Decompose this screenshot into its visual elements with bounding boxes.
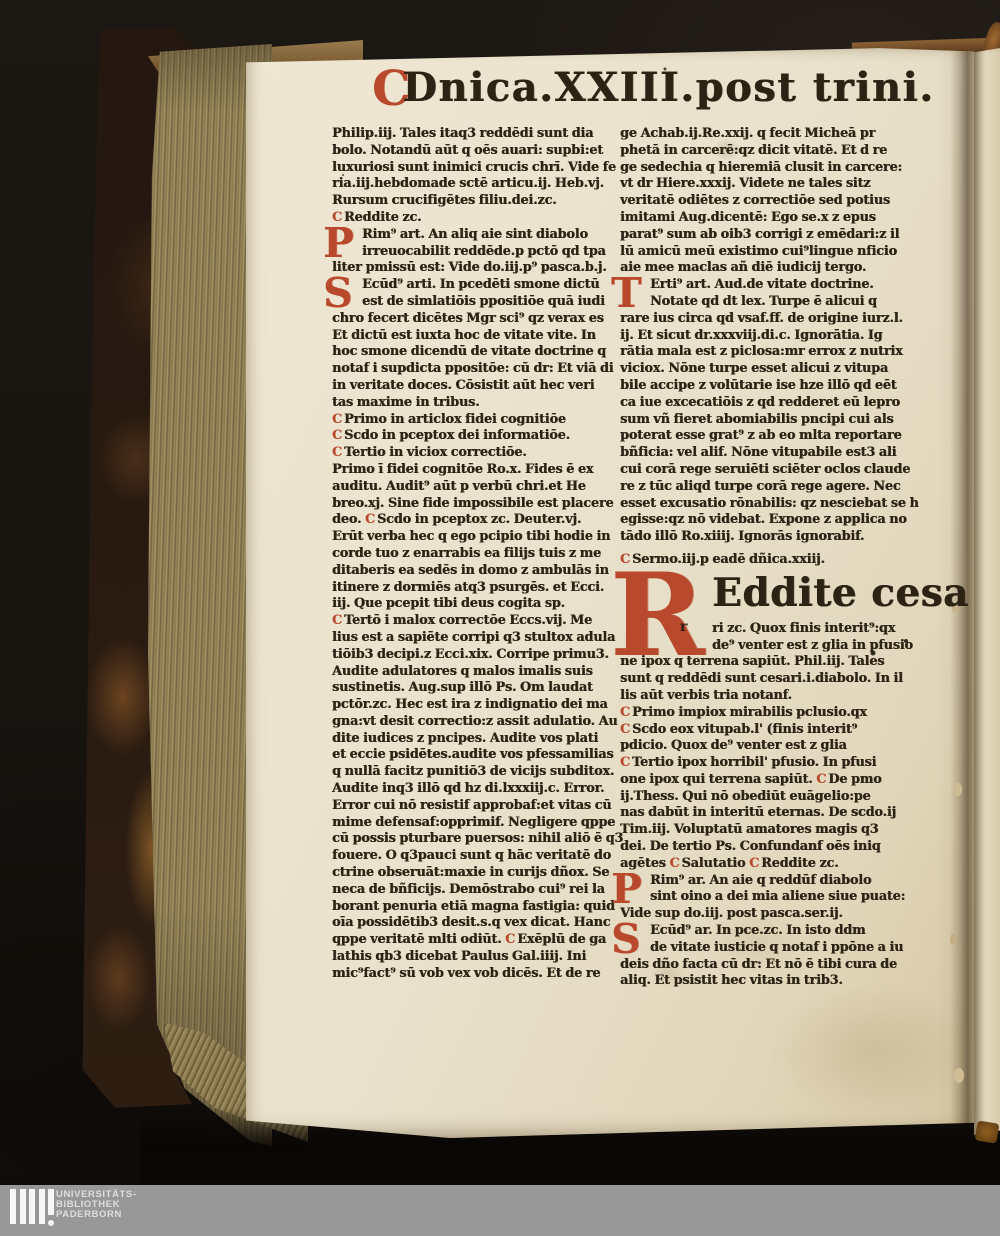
text-line: Ecūd⁹ arti. In pcedēti smone dictū <box>332 277 620 294</box>
lombardic-initial: S <box>323 274 353 312</box>
text-line: sustinetis. Aug.sup illō Ps. Om laudat <box>332 680 620 697</box>
logo-dot <box>48 1220 54 1226</box>
text-line: nas dabūt in interitū eternas. De scdo.i… <box>620 805 912 822</box>
text-line: iij. Que pcepit tibi deus cogita sp. <box>332 596 620 613</box>
text-line: agētes CSalutatio CReddite zc. <box>620 856 912 873</box>
page-title: Dnica.XXIII.post trini. <box>402 64 934 111</box>
text-line: in veritate doces. Cōsistit aūt hec veri <box>332 378 620 395</box>
text-line: imitami Aug.dicentē: Ego se.x z epus <box>620 210 912 227</box>
paraph-mark: C <box>505 932 515 947</box>
text-line: sint oino a dei mia aliene siue puate: <box>620 889 912 906</box>
paraph-mark: C <box>332 428 342 443</box>
text-line: egisse:qz nō videbat. Expone z applica n… <box>620 512 912 529</box>
paraph-mark: C <box>332 445 342 460</box>
text-line: pdicio. Quox de⁹ venter est z glia <box>620 738 912 755</box>
text-line: esset excusatio rōnabilis: qz nesciebat … <box>620 496 912 513</box>
text-line: ditaberis ea sedēs in domo z ambulās in <box>332 563 620 580</box>
text-line: breo.xj. Sine fide impossibile est place… <box>332 496 620 513</box>
text-line: ij. Et sicut dr.xxxviij.di.c. Ignorātia.… <box>620 328 912 345</box>
text-line: gna:vt desit correctio:z assit adulatio.… <box>332 714 620 731</box>
text-line: auditu. Audit⁹ aūt p verbū chri.et He <box>332 479 620 496</box>
text-line: oīa possidētib3 desit.s.q vex dicat. Han… <box>332 915 620 932</box>
facing-page-edge <box>974 48 1000 1136</box>
text-line: pctōr.zc. Hec est ira z indignatio dei m… <box>332 697 620 714</box>
text-line: Vide sup do.iij. post pasca.ser.ij. <box>620 906 912 923</box>
paraph-mark: C <box>620 722 630 737</box>
text-line: et eccie psidētes.audite vos pfessamilia… <box>332 747 620 764</box>
text-line: mime defensaf:opprimif. Negligere qppe <box>332 815 620 832</box>
text-line: Rursum crucifigētes filiu.dei.zc. <box>332 193 620 210</box>
text-line: Tim.iij. Voluptatū amatores magis q3 <box>620 822 912 839</box>
text-line: q nullā facitz punitiō3 de vicijs subdit… <box>332 764 620 781</box>
paraph-mark: C <box>332 412 342 427</box>
watermark-band: UNIVERSITÄTS- BIBLIOTHEK PADERBORN <box>0 1185 1000 1236</box>
text-line: ca iue excecatiōis z qd redderet eū lepr… <box>620 395 912 412</box>
library-name-line: PADERBORN <box>56 1210 137 1220</box>
lombardic-initial: P <box>611 870 642 908</box>
text-block: SEcūd⁹ arti. In pcedēti smone dictūest d… <box>332 277 620 982</box>
text-line: fouere. O q3pauci sunt q hāc veritatē do <box>332 848 620 865</box>
logo-bar <box>48 1189 54 1215</box>
text-line: bile accipe z volūtarie ise hze illō qd … <box>620 378 912 395</box>
paraph-mark: C <box>749 856 759 871</box>
text-line: parat⁹ sum ab oib3 corrigi z emēdari:z i… <box>620 227 912 244</box>
text-line: ge Achab.ij.Re.xxij. q fecit Micheā pr <box>620 126 912 143</box>
text-line: Ecūd⁹ ar. In pce.zc. In isto ddm <box>620 923 912 940</box>
text-line: Philip.iij. Tales itaq3 reddēdi sunt dia <box>332 126 620 143</box>
text-line: Notate qd dt lex. Turpe ē alicui q <box>620 294 912 311</box>
text-line: CScdo eox vitupab.l' (finis interit⁹ <box>620 722 912 739</box>
text-line: lū amicū meū existimo cui⁹lingue nficio <box>620 244 912 261</box>
clasp-bottom-right <box>975 1120 1000 1143</box>
text-line: dite iudices z pncipes. Audite vos plati <box>332 731 620 748</box>
paraph-mark: C <box>620 755 630 770</box>
text-line: Et dictū est iuxta hoc de vitate vite. I… <box>332 328 620 345</box>
logo-bar <box>20 1189 26 1224</box>
photo-background: CDnica.XXIII.post trini. Philip.iij. Tal… <box>0 0 1000 1236</box>
text-line: aie mee maclas añ diē iudicij tergo. <box>620 260 912 277</box>
text-line: Erti⁹ art. Aud.de vitate doctrine. <box>620 277 912 294</box>
logo-bar <box>39 1189 45 1224</box>
text-line: vt dr Hiere.xxxij. Videte ne tales sitz <box>620 176 912 193</box>
text-line: notaf i supdicta ppositōe: cū dr: Et viā… <box>332 361 620 378</box>
text-line: Audite adulatores q malos imalis suis <box>332 664 620 681</box>
text-line: phetā in carcerē:qz dicit vitatē. Et d r… <box>620 143 912 160</box>
text-column-left: Philip.iij. Tales itaq3 reddēdi sunt dia… <box>332 126 620 983</box>
text-line: cui corā rege seruiēti sciēter oclos cla… <box>620 462 912 479</box>
text-line: veritatē odiētes z correctiōe sed potius <box>620 193 912 210</box>
text-line: irreuocabilit reddēde.p pctō qd tpa <box>332 244 620 261</box>
text-column-right: ge Achab.ij.Re.xxij. q fecit Micheā prph… <box>620 126 912 990</box>
text-block: PRim⁹ ar. An aie q reddūf diabolosint oi… <box>620 873 912 923</box>
text-line: Audite inq3 illō qd hz di.lxxxiij.c. Err… <box>332 781 620 798</box>
text-line: chro fecert dicētes Mgr sci⁹ qz verax es <box>332 311 620 328</box>
text-block: PRim⁹ art. An aliq aie sint diaboloirreu… <box>332 227 620 277</box>
lombardic-initial: R <box>610 569 705 661</box>
text-line: ij.Thess. Qui nō obediūt euāgelio:pe <box>620 789 912 806</box>
text-line: one ipox qui terrena sapiūt. CDe pmo <box>620 772 912 789</box>
text-line: est de simlatiōis ppositiōe quā iudi <box>332 294 620 311</box>
text-line: Erūt verba hec q ego pcipio tibi hodie i… <box>332 529 620 546</box>
library-logo-icon <box>10 1189 58 1231</box>
text-line: aliq. Et psistit hec vitas in trib3. <box>620 973 912 990</box>
text-line: de vitate iusticie q notaf i ppōne a iu <box>620 940 912 957</box>
text-line: lius est a sapiēte corripi q3 stultox ad… <box>332 630 620 647</box>
logo-bar <box>10 1189 16 1224</box>
text-line: tiōib3 decipi.z Ecci.xix. Corripe primu3… <box>332 647 620 664</box>
lombardic-initial: T <box>611 274 642 312</box>
text-line: mic⁹fact⁹ sū vob vex vob dicēs. Et de re <box>332 966 620 983</box>
text-line: Rim⁹ ar. An aie q reddūf diabolo <box>620 873 912 890</box>
text-line: poterat esse grat⁹ z ab eo mlta reportar… <box>620 428 912 445</box>
text-line: ge sedechia q hieremiā clusit in carcere… <box>620 160 912 177</box>
text-block: ge Achab.ij.Re.xxij. q fecit Micheā prph… <box>620 126 912 277</box>
logo-bar <box>29 1189 35 1224</box>
text-block: Philip.iij. Tales itaq3 reddēdi sunt dia… <box>332 126 620 227</box>
paraph-mark: C <box>332 613 342 628</box>
text-line: CTertio in viciox correctiōe. <box>332 445 620 462</box>
text-line: ctrine obseruāt:maxie in curijs dñox. Se <box>332 865 620 882</box>
text-line: CTertō i malox correctōe Eccs.vij. Me <box>332 613 620 630</box>
text-line: tas maxime in tribus. <box>332 395 620 412</box>
text-line: borant penuria etiā magna fastigia: quid <box>332 899 620 916</box>
paraph-mark: C <box>816 772 826 787</box>
text-line: CTertio ipox horribil' pfusio. In pfusi <box>620 755 912 772</box>
text-line: itinere z dormiēs atq3 psurgēs. et Ecci. <box>332 580 620 597</box>
text-line: lis aūt verbis tria notanf. <box>620 688 912 705</box>
text-line: Error cui nō resistif approbaf:et vitas … <box>332 798 620 815</box>
text-line: Primo ī fidei cognitōe Ro.x. Fides ē ex <box>332 462 620 479</box>
text-line: lathis qb3 dicebat Paulus Gal.iiij. Ini <box>332 949 620 966</box>
text-line: dei. De tertio Ps. Confundanf oēs iniq <box>620 839 912 856</box>
incipit-block: RrEddite cesari zc. Quox finis interit⁹:… <box>620 569 912 705</box>
text-line: bñficia: vel alif. Nōne vitupabile est3 … <box>620 445 912 462</box>
text-line: cū possis pturbare puersos: nihil aliō ē… <box>332 831 620 848</box>
text-line: tādo illō Ro.xiiij. Ignorās ignorabif. <box>620 529 912 546</box>
guide-letter: r <box>680 619 687 635</box>
paraph-mark: C <box>365 512 375 527</box>
text-line: ria.iij.hebdomade sctē articu.ij. Heb.vj… <box>332 176 620 193</box>
text-line: liter pmissū est: Vide do.iij.p⁹ pasca.b… <box>332 260 620 277</box>
lombardic-initial: P <box>323 224 354 262</box>
text-line: corde tuo z enarrabis ea filijs tuis z m… <box>332 546 620 563</box>
text-line: sum vñ fieret abomiabilis pncipi cui als <box>620 412 912 429</box>
text-line: hoc smone dicendū de vitate doctrine q <box>332 344 620 361</box>
text-line: CScdo in pceptox dei informatiōe. <box>332 428 620 445</box>
text-line: qppe veritatē mlti odiūt. CExēplū de ga <box>332 932 620 949</box>
text-line: CPrimo impiox mirabilis pclusio.qx <box>620 705 912 722</box>
text-line: bolo. Notandū aūt q oēs auari: supbi:et <box>332 143 620 160</box>
text-line: Rim⁹ art. An aliq aie sint diabolo <box>332 227 620 244</box>
text-line: deis dño facta cū dr: Et nō ē tibi cura … <box>620 957 912 974</box>
paraph-mark: C <box>669 856 679 871</box>
lombardic-initial: S <box>611 920 641 958</box>
library-name: UNIVERSITÄTS- BIBLIOTHEK PADERBORN <box>56 1190 137 1220</box>
text-line: CPrimo in articlox fidei cognitiōe <box>332 412 620 429</box>
paraph-mark: C <box>620 705 630 720</box>
text-line: viciox. Nōne turpe esset alicui z vitupa <box>620 361 912 378</box>
text-block: SEcūd⁹ ar. In pce.zc. In isto ddmde vita… <box>620 923 912 990</box>
text-line: rare ius circa qd vsaf.ff. de origine iu… <box>620 311 912 328</box>
text-line: re z tūc aliqd turpe corā rege agere. Ne… <box>620 479 912 496</box>
text-line: rātia mala est z piclosa:mr errox z nutr… <box>620 344 912 361</box>
text-line: luxuriosi sunt inimici crucis chrī. Vide… <box>332 160 620 177</box>
text-block: TErti⁹ art. Aud.de vitate doctrine.Notat… <box>620 277 912 546</box>
text-line: deo. CScdo in pceptox zc. Deuter.vj. <box>332 512 620 529</box>
page-header: CDnica.XXIII.post trini. <box>372 66 932 111</box>
text-line: neca de bñficijs. Demōstrabo cui⁹ rei la <box>332 882 620 899</box>
text-line: CReddite zc. <box>332 210 620 227</box>
text-block: CPrimo impiox mirabilis pclusio.qxCScdo … <box>620 705 912 873</box>
